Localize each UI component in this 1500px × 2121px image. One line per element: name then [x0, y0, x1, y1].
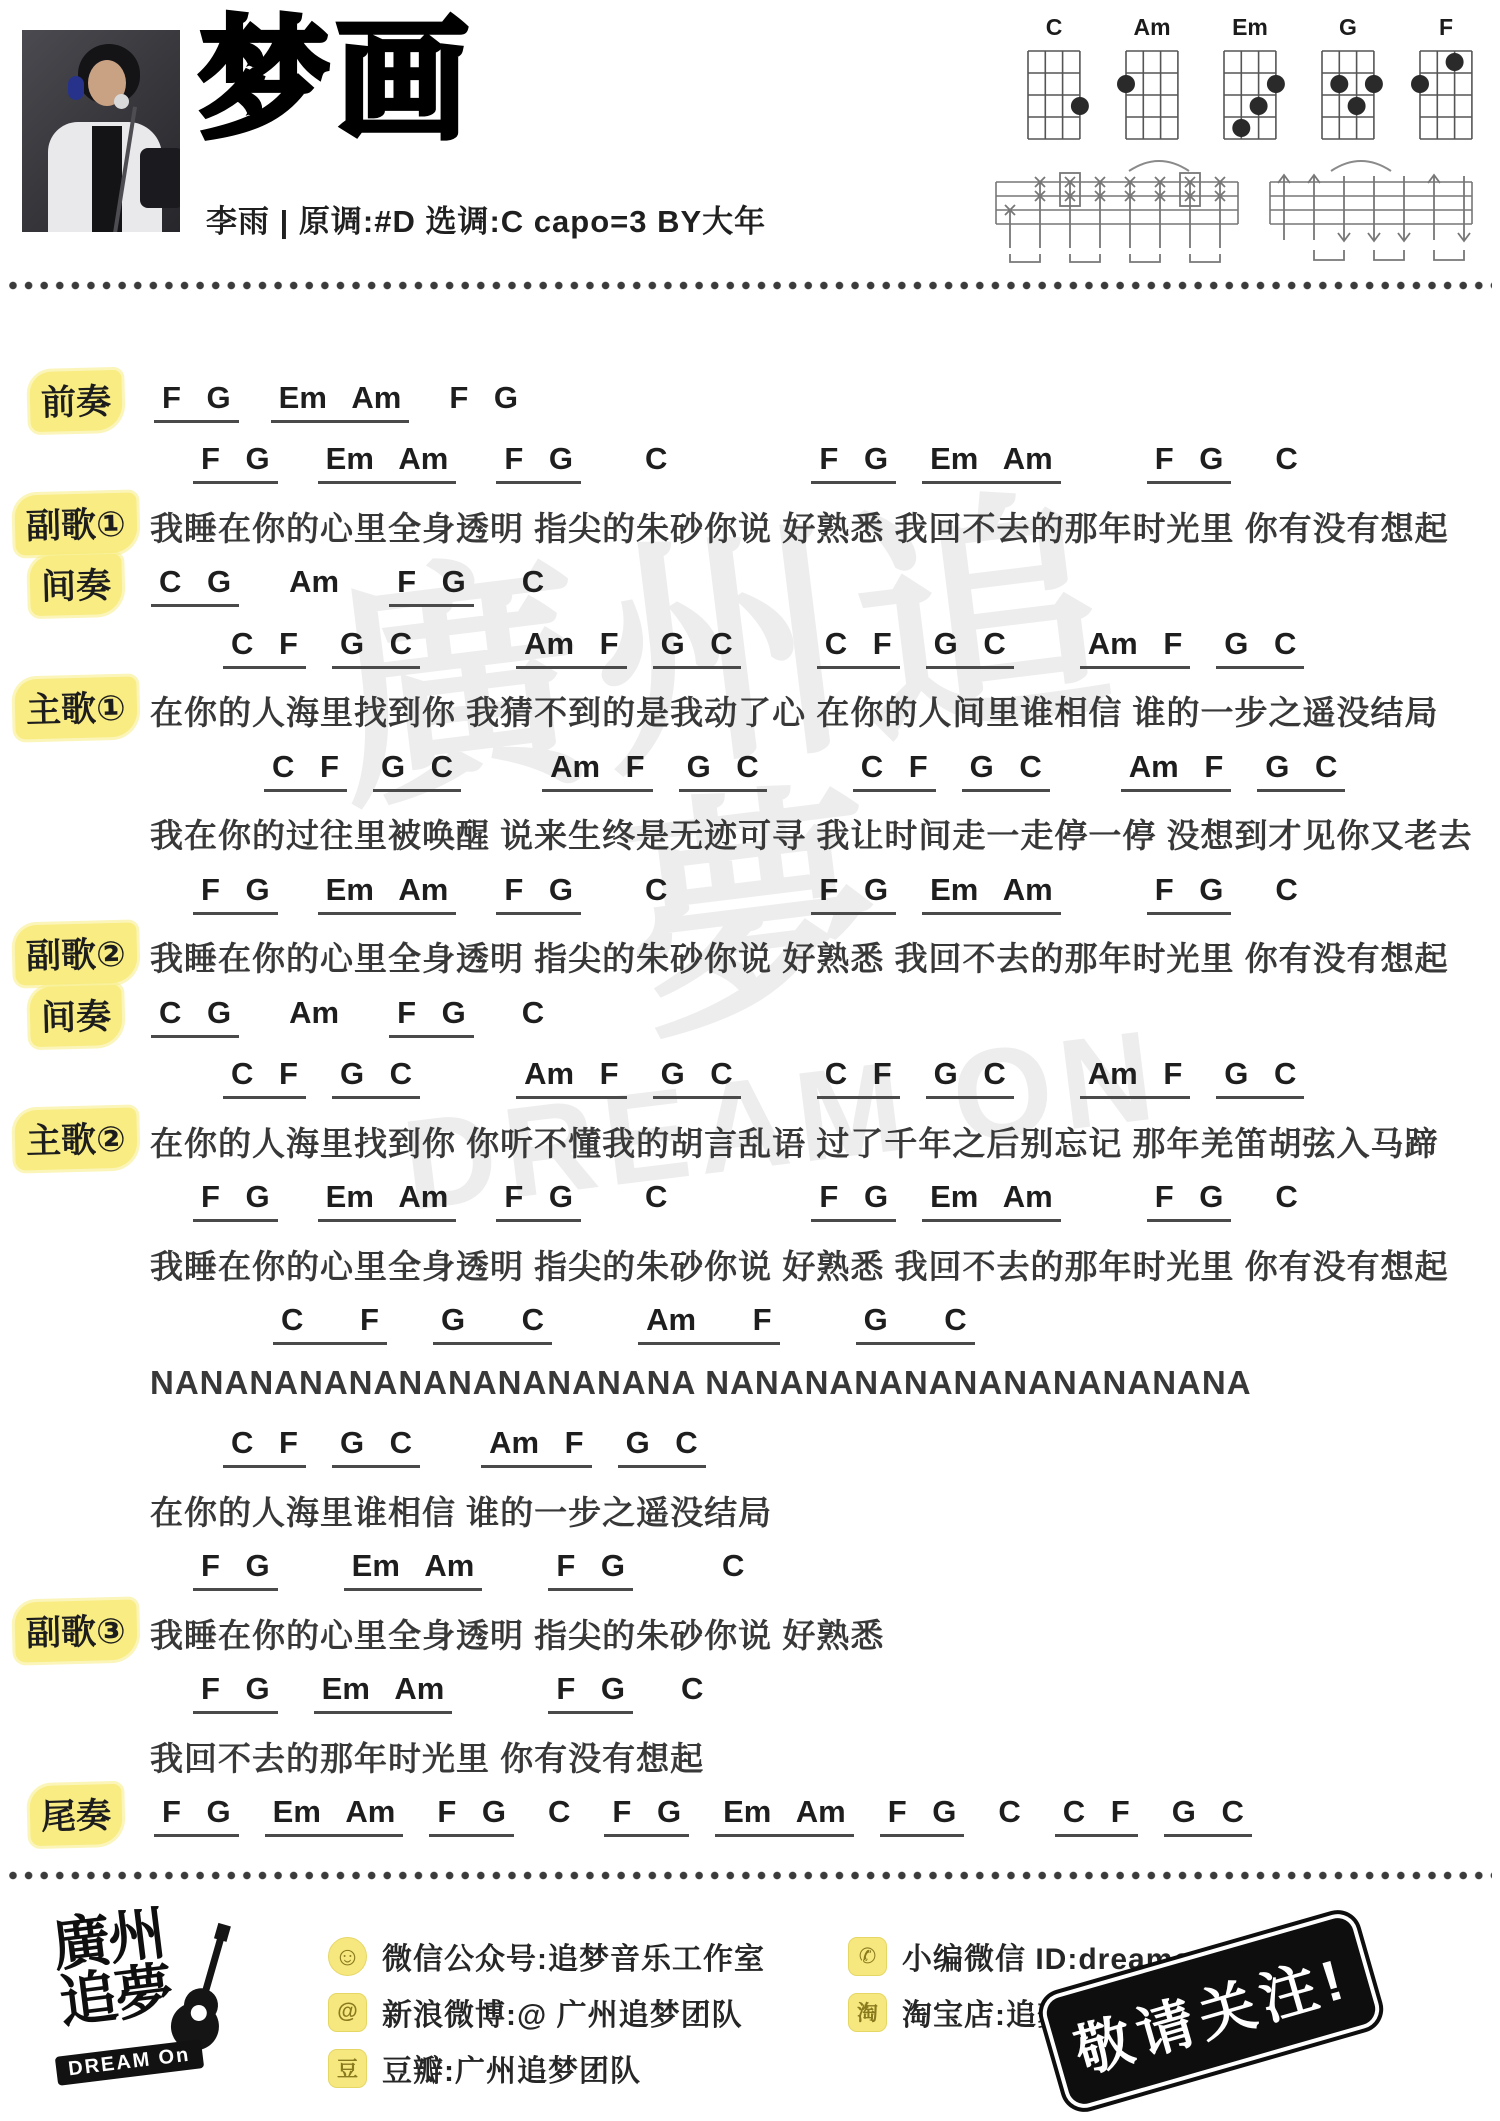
chord-row: F GEm AmF GC	[0, 1671, 1500, 1729]
finger-dot	[1267, 75, 1285, 93]
fretboard-grid-icon	[1016, 43, 1092, 147]
lyric-row: 副歌②我睡在你的心里全身透明 指尖的朱砂你说 好熟悉 我回不去的那年时光里 你有…	[0, 933, 1500, 991]
lyric-row: 我睡在你的心里全身透明 指尖的朱砂你说 好熟悉 我回不去的那年时光里 你有没有想…	[0, 1241, 1500, 1299]
section-label-尾奏: 尾奏	[0, 1788, 152, 1842]
chord-group: C F	[223, 626, 306, 669]
chord-group: G C	[1257, 749, 1345, 792]
chord-group: C	[540, 1794, 578, 1834]
lyric-text: 我睡在你的心里全身透明 指尖的朱砂你说 好熟悉 我回不去的那年时光里 你有没有想…	[150, 940, 1449, 977]
lyric-row: 我回不去的那年时光里 你有没有想起	[0, 1733, 1500, 1791]
song-title: 梦画	[198, 2, 474, 160]
fretboard-grid-icon	[1310, 43, 1386, 147]
finger-dot	[1348, 97, 1366, 115]
chord-line: C FG CAm FG C	[223, 1425, 732, 1468]
chord-group: Em Am	[922, 1179, 1061, 1222]
chord-group: Em Am	[318, 1179, 457, 1222]
lyric-text: 我在你的过往里被唤醒 说来生终是无迹可寻 我让时间走一走停一停 没想到才见你又老…	[150, 817, 1473, 854]
chord-group: Am F	[516, 626, 627, 669]
fretboard-grid-icon	[1114, 43, 1190, 147]
chord-group: Em Am	[314, 1671, 453, 1714]
chord-group: F G	[496, 872, 581, 915]
section-label-主歌②: 主歌②	[0, 1112, 152, 1166]
chord-group: Am	[281, 564, 347, 604]
douban-icon: 豆	[328, 2049, 367, 2088]
section-label-text: 间奏	[29, 554, 123, 616]
section-label-主歌①: 主歌①	[0, 681, 152, 735]
chord-group: C	[1267, 872, 1305, 912]
chord-group: G C	[332, 1056, 420, 1099]
chord-group: Em Am	[344, 1548, 483, 1591]
chord-group: G C	[653, 1056, 741, 1099]
chord-group: C G	[151, 564, 239, 607]
chord-diagram-label: Am	[1110, 14, 1194, 41]
chord-group: C	[714, 1548, 752, 1588]
chord-row: F GEm AmF GCF GEm AmF GC	[0, 1179, 1500, 1237]
chord-group: G C	[332, 1425, 420, 1468]
chord-group: F G	[811, 1179, 896, 1222]
chord-group: G C	[1216, 1056, 1304, 1099]
chord-group: Em Am	[318, 441, 457, 484]
chord-group: C	[637, 872, 675, 912]
chord-diagram-label: F	[1404, 14, 1488, 41]
section-label-副歌③: 副歌③	[0, 1604, 152, 1658]
chord-group: Am F	[1080, 626, 1191, 669]
lyric-text: NANANANANANANANANANANA NANANANANANANANAN…	[150, 1364, 1252, 1401]
wechat-official-icon: ☺	[328, 1937, 367, 1976]
chord-group: C F	[817, 626, 900, 669]
lyric-row: 我在你的过往里被唤醒 说来生终是无迹可寻 我让时间走一走停一停 没想到才见你又老…	[0, 810, 1500, 868]
chord-group: F G	[429, 1794, 514, 1837]
chord-diagram-label: G	[1306, 14, 1390, 41]
chord-group: F G	[193, 872, 278, 915]
chord-group: G C	[1216, 626, 1304, 669]
chord-group: F G	[811, 872, 896, 915]
section-label-text: 前奏	[29, 370, 123, 432]
chord-line: F GEm AmF GCF GEm AmF GC	[193, 872, 1332, 915]
section-label-间奏: 间奏	[0, 989, 152, 1043]
chord-row: F GEm AmF GC	[0, 1548, 1500, 1606]
contact-row: ☺微信公众号:追梦音乐工作室	[328, 1934, 765, 1978]
finger-dot	[1232, 119, 1250, 137]
finger-dot	[1365, 75, 1383, 93]
contact-text: 豆瓣:广州追梦团队	[382, 2046, 641, 2090]
chord-group: C	[637, 1179, 675, 1219]
finger-dot	[1117, 75, 1135, 93]
chord-group: C F	[223, 1056, 306, 1099]
finger-dot	[1250, 97, 1268, 115]
chord-line: F GEm AmF GCF GEm AmF GC	[193, 1179, 1332, 1222]
chord-group: F G	[193, 441, 278, 484]
chord-line: F GEm AmF G	[154, 380, 552, 423]
chord-group: C	[1267, 441, 1305, 481]
chord-row: C FG CAm FG C	[0, 1302, 1500, 1360]
chord-diagram-Em: Em	[1208, 14, 1292, 152]
lyric-line: 我回不去的那年时光里 你有没有想起	[150, 1733, 704, 1780]
contact-row: 豆豆瓣:广州追梦团队	[328, 2046, 641, 2090]
headphone-shape	[68, 76, 84, 100]
chord-group: Am F	[1121, 749, 1232, 792]
lyric-row: 在你的人海里谁相信 谁的一步之遥没结局	[0, 1487, 1500, 1545]
section-label-副歌②: 副歌②	[0, 927, 152, 981]
chord-group: C G	[151, 995, 239, 1038]
finger-dot	[1071, 97, 1089, 115]
lyric-row: 主歌①在你的人海里找到你 我猜不到的是我动了心 在你的人间里谁相信 谁的一步之遥…	[0, 687, 1500, 745]
lyric-line: 我睡在你的心里全身透明 指尖的朱砂你说 好熟悉 我回不去的那年时光里 你有没有想…	[150, 933, 1449, 980]
chord-group: Am F	[516, 1056, 627, 1099]
contact-row: @新浪微博:@ 广州追梦团队	[328, 1990, 743, 2034]
chord-group: F G	[496, 441, 581, 484]
chord-row: F GEm AmF GCF GEm AmF GC	[0, 441, 1500, 499]
chord-group: C F	[817, 1056, 900, 1099]
chord-group: Em Am	[922, 441, 1061, 484]
strum-pattern-muted-icon	[988, 170, 1246, 270]
lyric-text: 在你的人海里谁相信 谁的一步之遥没结局	[150, 1494, 772, 1531]
chord-group: F G	[1147, 441, 1232, 484]
lyric-text: 在你的人海里找到你 我猜不到的是我动了心 在你的人间里谁相信 谁的一步之遥没结局	[150, 694, 1439, 731]
section-label-text: 主歌①	[14, 676, 137, 739]
chord-group: Am	[281, 995, 347, 1035]
lyric-text: 我睡在你的心里全身透明 指尖的朱砂你说 好熟悉 我回不去的那年时光里 你有没有想…	[150, 510, 1449, 547]
chord-group: C F	[1055, 1794, 1138, 1837]
song-subtitle: 李雨 | 原调:#D 选调:C capo=3 BY大年	[206, 196, 766, 241]
chord-group: Em Am	[715, 1794, 854, 1837]
lyric-row: 主歌②在你的人海里找到你 你听不懂我的胡言乱语 过了千年之后别忘记 那年羌笛胡弦…	[0, 1118, 1500, 1176]
section-label-text: 副歌②	[14, 922, 137, 985]
chord-group: G C	[926, 626, 1014, 669]
taobao-icon: 淘	[848, 1993, 887, 2032]
chord-group: C	[673, 1671, 711, 1711]
chord-group: Am F	[481, 1425, 592, 1468]
chord-group: G C	[373, 749, 461, 792]
chord-group: F G	[193, 1671, 278, 1714]
chord-row: C FG CAm FG C	[0, 1425, 1500, 1483]
wechat-id-icon: ✆	[848, 1937, 887, 1976]
chord-group: G C	[926, 1056, 1014, 1099]
chord-line: C GAmF GC	[151, 995, 578, 1038]
chord-diagram-C: C	[1012, 14, 1096, 152]
lyric-line: 我睡在你的心里全身透明 指尖的朱砂你说 好熟悉 我回不去的那年时光里 你有没有想…	[150, 1241, 1449, 1288]
chord-group: G C	[332, 626, 420, 669]
chord-group: F G	[154, 380, 239, 423]
chord-group: C F	[264, 749, 347, 792]
chord-group: G C	[1164, 1794, 1252, 1837]
chord-group: F G	[389, 995, 474, 1038]
chord-row: 间奏C GAmF GC	[0, 995, 1500, 1053]
chord-diagram-G: G	[1306, 14, 1390, 152]
fretboard-grid-icon	[1408, 43, 1484, 147]
section-label-text: 主歌②	[14, 1107, 137, 1170]
chord-row: C FG CAm FG CC FG CAm FG C	[0, 749, 1500, 807]
section-label-间奏: 间奏	[0, 558, 152, 612]
chord-group: F G	[811, 441, 896, 484]
chord-line: F GEm AmF GC	[193, 1671, 737, 1714]
microphone-icon	[114, 94, 129, 109]
lyric-line: 我睡在你的心里全身透明 指尖的朱砂你说 好熟悉	[150, 1610, 884, 1657]
dotted-divider-bottom	[8, 1870, 1492, 1881]
lyric-line: 在你的人海里找到你 我猜不到的是我动了心 在你的人间里谁相信 谁的一步之遥没结局	[150, 687, 1439, 734]
lyric-text: 我睡在你的心里全身透明 指尖的朱砂你说 好熟悉 我回不去的那年时光里 你有没有想…	[150, 1248, 1449, 1285]
chord-group: Em Am	[922, 872, 1061, 915]
chord-group: G C	[618, 1425, 706, 1468]
chord-group: G C	[433, 1302, 552, 1345]
chord-group: F G	[193, 1548, 278, 1591]
chord-group: F G	[548, 1548, 633, 1591]
section-label-text: 尾奏	[29, 1784, 123, 1846]
chord-group: G C	[679, 749, 767, 792]
finger-dot	[1446, 53, 1464, 71]
lyric-row: 副歌③我睡在你的心里全身透明 指尖的朱砂你说 好熟悉	[0, 1610, 1500, 1668]
chord-row: 尾奏F GEm AmF GCF GEm AmF GCC FG C	[0, 1794, 1500, 1852]
chord-group: Em Am	[318, 872, 457, 915]
chord-group: Am F	[542, 749, 653, 792]
chord-group: C	[514, 995, 552, 1035]
section-label-前奏: 前奏	[0, 374, 152, 428]
chord-row: 前奏F GEm AmF G	[0, 380, 1500, 438]
lyric-line: 我睡在你的心里全身透明 指尖的朱砂你说 好熟悉 我回不去的那年时光里 你有没有想…	[150, 503, 1449, 550]
chord-line: C FG CAm FG C	[273, 1302, 1001, 1345]
chord-line: F GEm AmF GC	[193, 1548, 778, 1591]
chord-line: C GAmF GC	[151, 564, 578, 607]
chord-line: C FG CAm FG CC FG CAm FG C	[264, 749, 1371, 792]
chord-group: F G	[548, 1671, 633, 1714]
chord-group: F G	[389, 564, 474, 607]
finger-dot	[1330, 75, 1348, 93]
chord-line: F GEm AmF GCF GEm AmF GC	[193, 441, 1332, 484]
weibo-icon: @	[328, 1993, 367, 2032]
section-label-text: 间奏	[29, 985, 123, 1047]
chord-group: F G	[154, 1794, 239, 1837]
chord-group: F G	[193, 1179, 278, 1222]
chord-line: C FG CAm FG CC FG CAm FG C	[223, 1056, 1330, 1099]
section-label-副歌①: 副歌①	[0, 497, 152, 551]
chord-diagram-label: C	[1012, 14, 1096, 41]
chord-group: Em Am	[271, 380, 410, 423]
chord-group: F G	[880, 1794, 965, 1837]
lyric-text: 在你的人海里找到你 你听不懂我的胡言乱语 过了千年之后别忘记 那年羌笛胡弦入马蹄	[150, 1125, 1439, 1162]
lyric-row: 副歌①我睡在你的心里全身透明 指尖的朱砂你说 好熟悉 我回不去的那年时光里 你有…	[0, 503, 1500, 561]
chord-group: Am F	[1080, 1056, 1191, 1099]
section-label-text: 副歌③	[14, 1599, 137, 1662]
chord-group: G C	[856, 1302, 975, 1345]
chord-group: G C	[653, 626, 741, 669]
chord-diagram-F: F	[1404, 14, 1488, 152]
chord-diagram-Am: Am	[1110, 14, 1194, 152]
chord-group: C	[1267, 1179, 1305, 1219]
lyric-line: 我在你的过往里被唤醒 说来生终是无迹可寻 我让时间走一走停一停 没想到才见你又老…	[150, 810, 1473, 857]
chord-group: C F	[853, 749, 936, 792]
chord-group: G C	[962, 749, 1050, 792]
lyric-row: NANANANANANANANANANANA NANANANANANANANAN…	[0, 1364, 1500, 1422]
chord-group: C F	[273, 1302, 387, 1345]
chord-group: F G	[1147, 1179, 1232, 1222]
studio-logo: 廣州 追夢 DREAM On	[52, 1906, 252, 2106]
chord-row: C FG CAm FG CC FG CAm FG C	[0, 1056, 1500, 1114]
chord-row: F GEm AmF GCF GEm AmF GC	[0, 872, 1500, 930]
finger-dot	[1411, 75, 1429, 93]
chord-group: C	[637, 441, 675, 481]
stage-gear-shape	[140, 148, 180, 208]
section-label-text: 副歌①	[14, 492, 137, 555]
chord-group: C	[514, 564, 552, 604]
strum-pattern-arrows-icon	[1262, 170, 1480, 270]
chord-group: F G	[496, 1179, 581, 1222]
contact-text: 微信公众号:追梦音乐工作室	[382, 1934, 765, 1978]
chord-group: C F	[223, 1425, 306, 1468]
studio-logo-banner: DREAM On	[55, 2039, 204, 2086]
chord-group: Am F	[638, 1302, 780, 1345]
lyric-text: 我睡在你的心里全身透明 指尖的朱砂你说 好熟悉	[150, 1617, 884, 1654]
studio-logo-chars: 廣州 追夢	[49, 1906, 174, 2032]
chord-row: 间奏C GAmF GC	[0, 564, 1500, 622]
lyric-text: 我回不去的那年时光里 你有没有想起	[150, 1740, 704, 1777]
contact-text: 新浪微博:@ 广州追梦团队	[382, 1990, 743, 2034]
dotted-divider-top	[8, 280, 1492, 291]
chord-group: F G	[441, 380, 526, 420]
chord-group: Em Am	[265, 1794, 404, 1837]
chord-group: C	[990, 1794, 1028, 1834]
lyric-line: 在你的人海里找到你 你听不懂我的胡言乱语 过了千年之后别忘记 那年羌笛胡弦入马蹄	[150, 1118, 1439, 1165]
chord-group: F G	[604, 1794, 689, 1837]
chord-row: C FG CAm FG CC FG CAm FG C	[0, 626, 1500, 684]
chord-line: F GEm AmF GCF GEm AmF GCC FG C	[154, 1794, 1278, 1837]
fretboard-grid-icon	[1212, 43, 1288, 147]
lyric-line: NANANANANANANANANANANA NANANANANANANANAN…	[150, 1364, 1252, 1402]
chord-line: C FG CAm FG CC FG CAm FG C	[223, 626, 1330, 669]
chord-group: F G	[1147, 872, 1232, 915]
lyric-line: 在你的人海里谁相信 谁的一步之遥没结局	[150, 1487, 772, 1534]
chord-diagram-label: Em	[1208, 14, 1292, 41]
singer-photo	[22, 30, 180, 232]
